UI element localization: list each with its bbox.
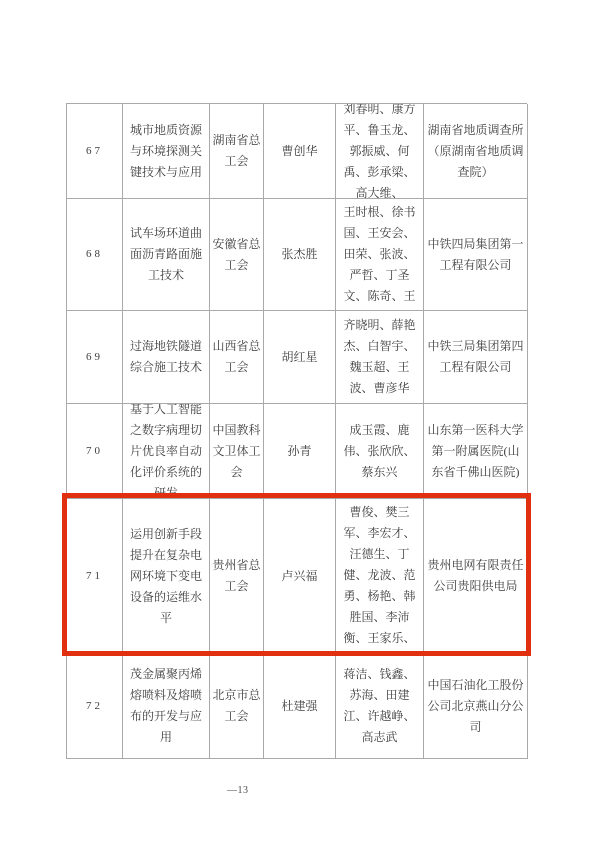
members-cell: 成玉霞、鹿伟、张欣欣、蔡东兴 xyxy=(336,404,424,499)
table-row: 68 试车场环道曲面沥青路面施工技术 安徽省总工会 张杰胜 王时根、徐书国、王安… xyxy=(67,199,527,311)
leader-cell: 胡红星 xyxy=(264,311,336,404)
company-cell: 山东第一医科大学第一附属医院(山东省千佛山医院) xyxy=(424,404,528,499)
row-number-cell: 69 xyxy=(67,311,123,404)
table-row: 70 基于人工智能之数字病理切片优良率自动化评价系统的研发 中国教科文卫体工会 … xyxy=(67,404,527,499)
project-cell: 过海地铁隧道综合施工技术 xyxy=(123,311,210,404)
union-cell: 中国教科文卫体工会 xyxy=(210,404,264,499)
union-cell: 山西省总工会 xyxy=(210,311,264,404)
company-cell: 湖南省地质调查所（原湖南省地质调查院） xyxy=(424,104,528,199)
union-cell: 北京市总工会 xyxy=(210,654,264,759)
leader-cell: 卢兴福 xyxy=(264,499,336,654)
company-cell: 中铁三局集团第四工程有限公司 xyxy=(424,311,528,404)
members-cell: 曹俊、樊三军、李宏才、汪德生、丁健、龙波、范勇、杨艳、韩胜国、李沛衡、王家乐、仇… xyxy=(336,499,424,654)
project-cell: 茂金属聚丙烯熔喷料及熔喷布的开发与应用 xyxy=(123,654,210,759)
row-number-cell: 68 xyxy=(67,199,123,311)
company-cell: 贵州电网有限责任公司贵阳供电局 xyxy=(424,499,528,654)
members-cell: 蒋洁、钱鑫、苏海、田建江、许越峥、高志武 xyxy=(336,654,424,759)
union-cell: 贵州省总工会 xyxy=(210,499,264,654)
union-cell: 湖南省总工会 xyxy=(210,104,264,199)
page-number: —13 xyxy=(227,785,249,796)
row-number-cell: 67 xyxy=(67,104,123,199)
leader-cell: 孙青 xyxy=(264,404,336,499)
table-row: 72 茂金属聚丙烯熔喷料及熔喷布的开发与应用 北京市总工会 杜建强 蒋洁、钱鑫、… xyxy=(67,654,527,759)
project-cell: 试车场环道曲面沥青路面施工技术 xyxy=(123,199,210,311)
table-row: 69 过海地铁隧道综合施工技术 山西省总工会 胡红星 齐晓明、薛艳杰、白智宇、魏… xyxy=(67,311,527,404)
members-cell: 刘春明、康方平、鲁玉龙、郭振威、何禹、彭承梁、高大维、 xyxy=(336,104,424,199)
leader-cell: 杜建强 xyxy=(264,654,336,759)
members-cell: 齐晓明、薛艳杰、白智宇、魏玉超、王波、曹彦华 xyxy=(336,311,424,404)
union-cell: 安徽省总工会 xyxy=(210,199,264,311)
table-row: 67 城市地质资源与环境探测关键技术与应用 湖南省总工会 曹创华 刘春明、康方平… xyxy=(67,104,527,199)
row-number-cell: 71 xyxy=(67,499,123,654)
awards-table: 67 城市地质资源与环境探测关键技术与应用 湖南省总工会 曹创华 刘春明、康方平… xyxy=(66,103,527,759)
row-number-cell: 70 xyxy=(67,404,123,499)
project-cell: 运用创新手段提升在复杂电网环境下变电设备的运维水平 xyxy=(123,499,210,654)
leader-cell: 曹创华 xyxy=(264,104,336,199)
project-cell: 城市地质资源与环境探测关键技术与应用 xyxy=(123,104,210,199)
table-row-highlighted: 71 运用创新手段提升在复杂电网环境下变电设备的运维水平 贵州省总工会 卢兴福 … xyxy=(67,499,527,654)
company-cell: 中国石油化工股份公司北京燕山分公司 xyxy=(424,654,528,759)
project-cell: 基于人工智能之数字病理切片优良率自动化评价系统的研发 xyxy=(123,404,210,499)
members-cell: 王时根、徐书国、王安会、田荣、张波、严哲、丁圣文、陈奇、王瑛、桂宝、刘刚、朱 xyxy=(336,199,424,311)
document-page: 67 城市地质资源与环境探测关键技术与应用 湖南省总工会 曹创华 刘春明、康方平… xyxy=(0,0,595,842)
company-cell: 中铁四局集团第一工程有限公司 xyxy=(424,199,528,311)
leader-cell: 张杰胜 xyxy=(264,199,336,311)
row-number-cell: 72 xyxy=(67,654,123,759)
